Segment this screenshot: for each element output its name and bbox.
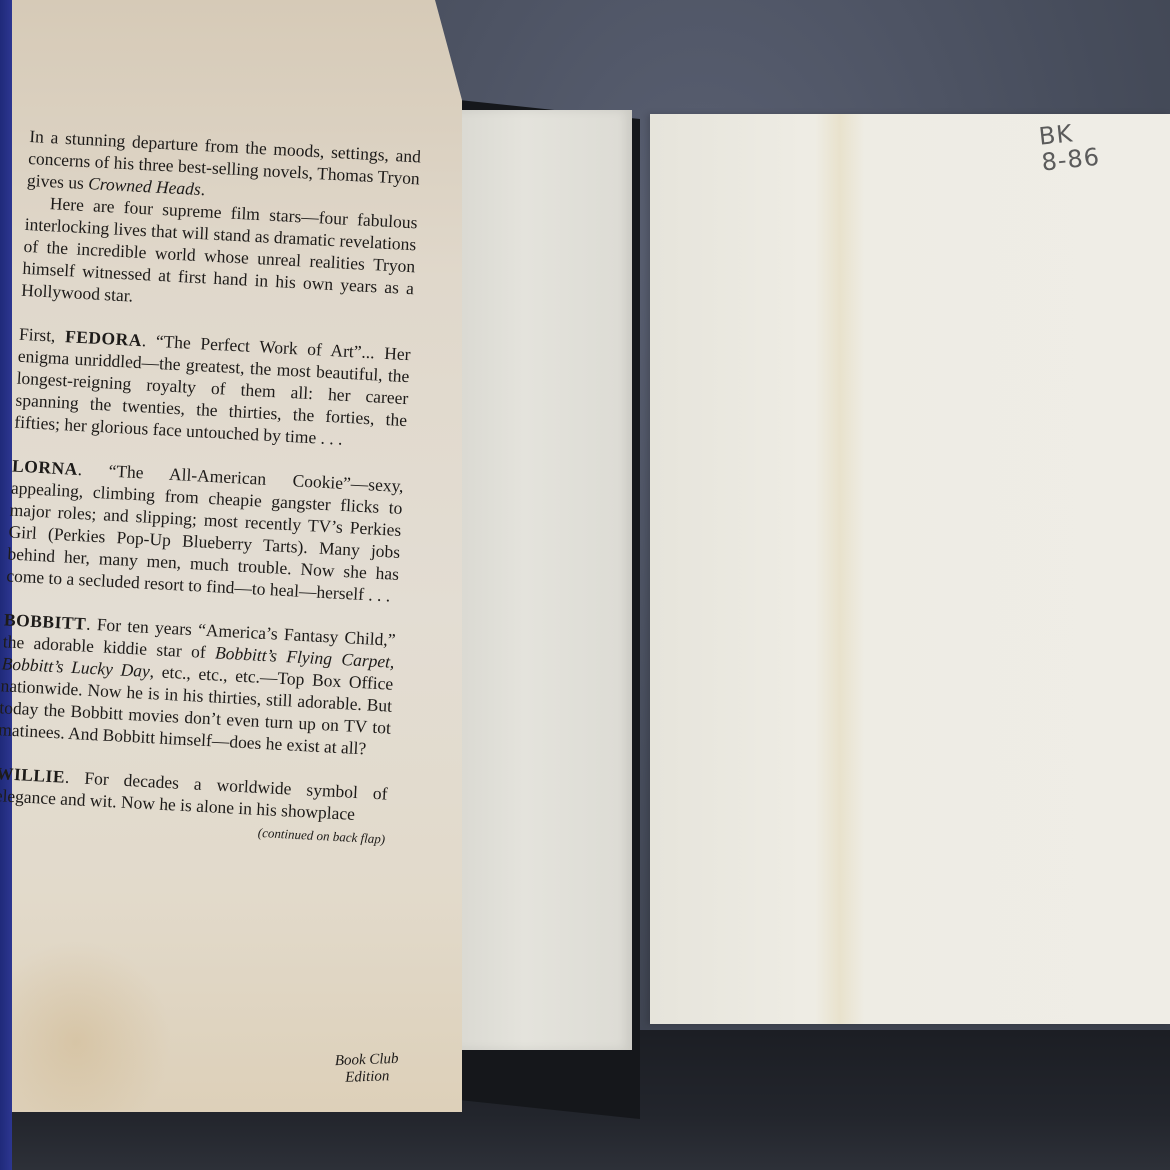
- lorna-paragraph: LORNA. “The All-American Cookie”—sexy, a…: [6, 455, 404, 607]
- bobbitt-paragraph: BOBBITT. For ten years “America’s Fantas…: [0, 608, 396, 760]
- fedora-name: FEDORA: [65, 326, 143, 350]
- flap-blurb: In a stunning departure from the moods, …: [0, 125, 421, 851]
- book-club-edition-label: Book Club Edition: [311, 1050, 422, 1088]
- page-tanning-stain: [815, 114, 865, 1024]
- willie-name: WILLIE: [0, 763, 66, 787]
- lorna-name: LORNA: [12, 456, 79, 479]
- front-pastedown-endpaper: [452, 110, 632, 1050]
- fedora-paragraph: First, FEDORA. “The Perfect Work of Art”…: [14, 323, 411, 453]
- free-endpaper-page: [650, 114, 1170, 1024]
- bobbitt-name: BOBBITT: [4, 609, 87, 633]
- intro-paragraph-2: Here are four supreme film stars—four fa…: [21, 191, 418, 321]
